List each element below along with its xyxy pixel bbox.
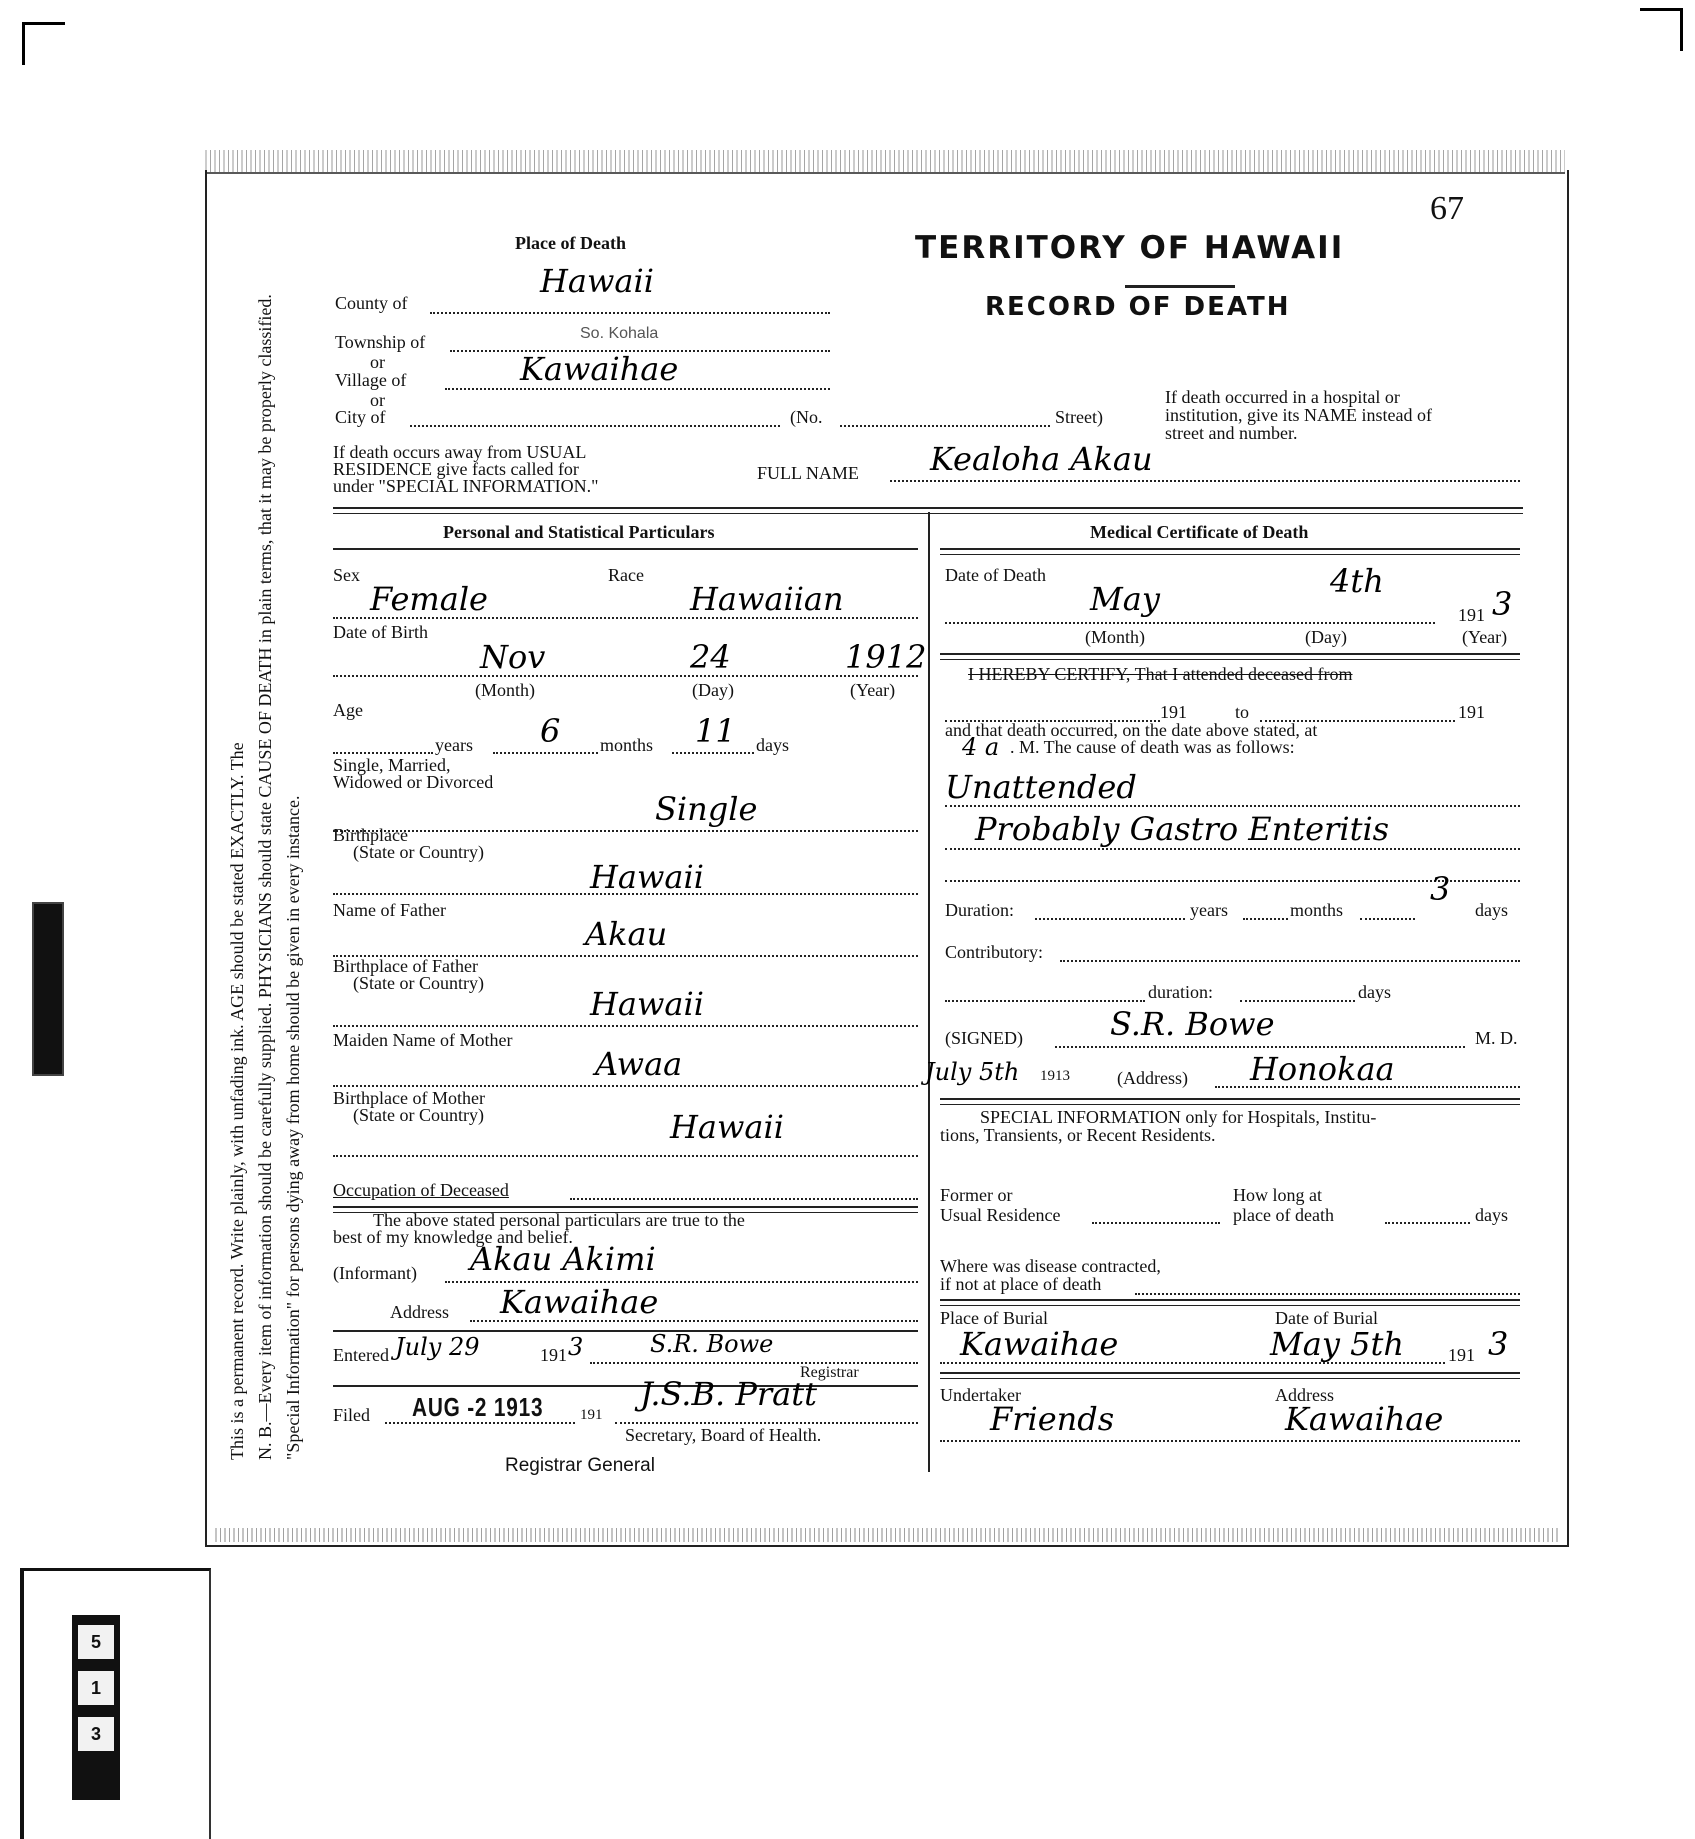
sex-race-line	[333, 617, 918, 619]
certify-statement-struck: I HEREBY CERTIFY, That I attended deceas…	[968, 664, 1353, 685]
full-name-label: FULL NAME	[757, 463, 859, 484]
label-line: (State or Country)	[333, 844, 484, 861]
age-days-value: 11	[695, 712, 736, 750]
dob-day: 24	[690, 638, 731, 676]
entered-year-prefix: 191	[540, 1345, 567, 1366]
heading-rule	[333, 548, 918, 550]
father-birthplace-value: Hawaii	[590, 985, 704, 1023]
section-divider	[333, 1385, 918, 1387]
secretary-line	[615, 1422, 918, 1424]
street-line	[840, 425, 1050, 427]
father-birthplace-label: Birthplace of Father (State or Country)	[333, 958, 484, 992]
number-stamp: 5 1 3	[72, 1615, 120, 1800]
special-info-heading: SPECIAL INFORMATION only for Hospitals, …	[940, 1108, 1376, 1144]
index-tab	[32, 902, 64, 1076]
contributory-label: Contributory:	[945, 942, 1043, 963]
former-residence-line	[1092, 1222, 1220, 1224]
filed-year-prefix: 191	[580, 1407, 603, 1424]
birthplace-label: Birthplace (State or Country)	[333, 827, 484, 861]
dob-month: Nov	[480, 638, 545, 676]
full-name-value: Kealoha Akau	[930, 440, 1153, 478]
contrib-line	[945, 1000, 1145, 1002]
note-line: street and number.	[1165, 424, 1432, 442]
signed-date: July 5th	[925, 1058, 1019, 1086]
page-number: 67	[1430, 190, 1464, 228]
birthplace-line	[333, 893, 918, 895]
cause-line-1: Unattended	[945, 768, 1137, 806]
time-of-death-value: 4 a	[962, 733, 999, 761]
marital-label: Single, Married, Widowed or Divorced	[333, 757, 493, 791]
signed-year: 1913	[1040, 1068, 1070, 1085]
physician-address-value: Honokaa	[1250, 1050, 1395, 1088]
crop-mark-top-right	[1640, 8, 1683, 51]
hospital-note: If death occurred in a hospital or insti…	[1165, 388, 1432, 442]
year-caption: (Year)	[850, 680, 895, 701]
personal-heading: Personal and Statistical Particulars	[443, 522, 714, 543]
duration-days-line	[1360, 918, 1415, 920]
stamp-digit: 5	[78, 1625, 114, 1659]
contributory-line	[1060, 960, 1520, 962]
dod-label: Date of Death	[945, 565, 1046, 586]
street-label: Street)	[1055, 407, 1103, 428]
cause-line-1-dots	[945, 805, 1520, 807]
secretary-signature: J.S.B. Pratt	[640, 1375, 817, 1413]
village-value: Kawaihae	[520, 350, 678, 388]
duration-days-value: 3	[1430, 870, 1450, 908]
former-residence-label: Former or Usual Residence	[940, 1185, 1060, 1225]
dod-day: 4th	[1330, 562, 1384, 600]
occupation-line	[570, 1198, 918, 1200]
contrib-duration-label: duration:	[1148, 982, 1213, 1003]
special-info-line: SPECIAL INFORMATION only for Hospitals, …	[940, 1108, 1376, 1126]
burial-year-prefix: 191	[1448, 1345, 1475, 1366]
day-caption: (Day)	[1305, 627, 1347, 648]
day-caption: (Day)	[692, 680, 734, 701]
physician-address-label: (Address)	[1117, 1068, 1188, 1089]
duration-days-label: days	[1475, 900, 1508, 921]
age-label: Age	[333, 700, 363, 721]
secretary-label: Secretary, Board of Health.	[625, 1425, 821, 1446]
registrar-line	[590, 1362, 918, 1364]
entered-year-suffix: 3	[568, 1333, 583, 1361]
informant-label: (Informant)	[333, 1263, 417, 1284]
label-line: if not at place of death	[940, 1275, 1161, 1293]
county-label: County of	[335, 293, 408, 314]
undertaker-value: Friends	[990, 1400, 1114, 1438]
dod-month: May	[1090, 580, 1160, 618]
dod-year-prefix: 191	[1458, 605, 1485, 626]
race-value: Hawaiian	[690, 580, 844, 618]
township-label: Township of	[335, 332, 425, 353]
mother-birthplace-line	[333, 1155, 918, 1157]
place-of-death-heading: Place of Death	[515, 233, 626, 254]
label-line: place of death	[1233, 1205, 1334, 1225]
stamp-digit: 1	[78, 1671, 114, 1705]
section-divider	[940, 1299, 1520, 1306]
dob-line	[333, 675, 918, 677]
mother-birthplace-label: Birthplace of Mother (State or Country)	[333, 1090, 485, 1124]
mother-label: Maiden Name of Mother	[333, 1030, 512, 1051]
md-label: M. D.	[1475, 1028, 1518, 1049]
form-title: TERRITORY OF HAWAII	[915, 230, 1344, 266]
burial-place-value: Kawaihae	[960, 1325, 1118, 1363]
duration-label: Duration:	[945, 900, 1014, 921]
paper-bottom-edge	[215, 1528, 1560, 1542]
duration-months-line	[1243, 918, 1288, 920]
contrib-duration-line	[1240, 1000, 1355, 1002]
burial-line	[940, 1362, 1445, 1364]
county-value: Hawaii	[540, 262, 654, 300]
dod-year-suffix: 3	[1492, 585, 1512, 623]
street-no-label: (No.	[790, 407, 823, 428]
undertaker-line	[940, 1440, 1520, 1442]
title-divider	[1125, 285, 1235, 288]
dob-label: Date of Birth	[333, 622, 428, 643]
note-line: If death occurred in a hospital or	[1165, 388, 1432, 406]
age-months-label: months	[600, 735, 653, 756]
registrar-signature: S.R. Bowe	[650, 1330, 773, 1358]
father-birthplace-line	[333, 1025, 918, 1027]
dob-year: 1912	[845, 638, 926, 676]
duration-years-label: years	[1190, 900, 1228, 921]
entered-date: July 29	[395, 1333, 479, 1361]
township-value: So. Kohala	[580, 325, 658, 343]
county-line	[430, 312, 830, 314]
filed-date-stamp: AUG -2 1913	[412, 1392, 543, 1423]
label-line: (State or Country)	[333, 975, 484, 992]
father-value: Akau	[585, 915, 667, 953]
occupation-label: Occupation of Deceased	[333, 1180, 509, 1201]
contracted-line	[1135, 1293, 1520, 1295]
how-long-days-label: days	[1475, 1205, 1508, 1226]
month-caption: (Month)	[1085, 627, 1145, 648]
signed-line	[1055, 1046, 1465, 1048]
race-label: Race	[608, 565, 644, 586]
sex-label: Sex	[333, 565, 360, 586]
duration-years-line	[1035, 918, 1185, 920]
marital-value: Single	[655, 790, 757, 828]
contrib-days-label: days	[1358, 982, 1391, 1003]
dod-line	[945, 622, 1435, 624]
father-label: Name of Father	[333, 900, 446, 921]
age-days-label: days	[756, 735, 789, 756]
burial-year-suffix: 3	[1488, 1325, 1508, 1363]
label-line: Where was disease contracted,	[940, 1257, 1161, 1275]
cause-intro: . M. The cause of death was as follows:	[1010, 737, 1295, 758]
heading-rule	[940, 548, 1520, 555]
registrar-general-label: Registrar General	[505, 1455, 655, 1477]
cause-line-2: Probably Gastro Enteritis	[975, 810, 1389, 848]
age-days-line	[672, 752, 754, 754]
attended-to-year: 191	[1458, 702, 1485, 723]
margin-instructions: This is a permanent record. Write plainl…	[205, 240, 315, 1460]
informant-address-label: Address	[390, 1302, 449, 1323]
sex-value: Female	[370, 580, 488, 618]
signed-label: (SIGNED)	[945, 1028, 1023, 1049]
label-line: Usual Residence	[940, 1205, 1060, 1225]
filed-label: Filed	[333, 1405, 370, 1426]
year-caption: (Year)	[1462, 627, 1507, 648]
city-line	[410, 425, 780, 427]
burial-date-value: May 5th	[1270, 1325, 1404, 1363]
full-name-line	[890, 480, 1520, 482]
section-divider	[940, 1372, 1520, 1379]
note-line: under "SPECIAL INFORMATION."	[333, 478, 599, 495]
mother-line	[333, 1085, 918, 1087]
crop-mark-top-left	[22, 22, 65, 65]
label-line: Widowed or Divorced	[333, 774, 493, 791]
usual-residence-note: If death occurs away from USUAL RESIDENC…	[333, 444, 599, 495]
section-divider	[940, 653, 1520, 660]
age-months-value: 6	[540, 712, 560, 750]
form-subtitle: RECORD OF DEATH	[985, 292, 1290, 322]
month-caption: (Month)	[475, 680, 535, 701]
undertaker-address-value: Kawaihae	[1285, 1400, 1443, 1438]
stamp-digit: 3	[78, 1717, 114, 1751]
label-line: How long at	[1233, 1185, 1334, 1205]
section-divider	[333, 1330, 918, 1332]
informant-value: Akau Akimi	[470, 1240, 656, 1278]
village-label: Village of	[335, 370, 406, 391]
city-label: City of	[335, 407, 386, 428]
birthplace-value: Hawaii	[590, 858, 704, 896]
entered-label: Entered	[333, 1345, 389, 1366]
special-info-line: tions, Transients, or Recent Residents.	[940, 1126, 1376, 1144]
how-long-line	[1385, 1222, 1470, 1224]
age-years-line	[333, 752, 433, 754]
contracted-label: Where was disease contracted, if not at …	[940, 1257, 1161, 1293]
label-line: (State or Country)	[333, 1107, 485, 1124]
physician-signature: S.R. Bowe	[1110, 1005, 1275, 1043]
label-line: Former or	[940, 1185, 1060, 1205]
duration-months-label: months	[1290, 900, 1343, 921]
mother-value: Awaa	[595, 1045, 682, 1083]
column-divider	[928, 512, 930, 1472]
mother-birthplace-value: Hawaii	[670, 1108, 784, 1146]
cause-line-2-dots	[945, 848, 1520, 850]
village-line	[445, 388, 830, 390]
informant-address-value: Kawaihae	[500, 1283, 658, 1321]
section-divider	[940, 1098, 1520, 1105]
age-months-line	[493, 752, 598, 754]
note-line: institution, give its NAME instead of	[1165, 406, 1432, 424]
age-years-label: years	[435, 735, 473, 756]
medical-heading: Medical Certificate of Death	[1090, 522, 1308, 543]
how-long-label: How long at place of death	[1233, 1185, 1334, 1225]
